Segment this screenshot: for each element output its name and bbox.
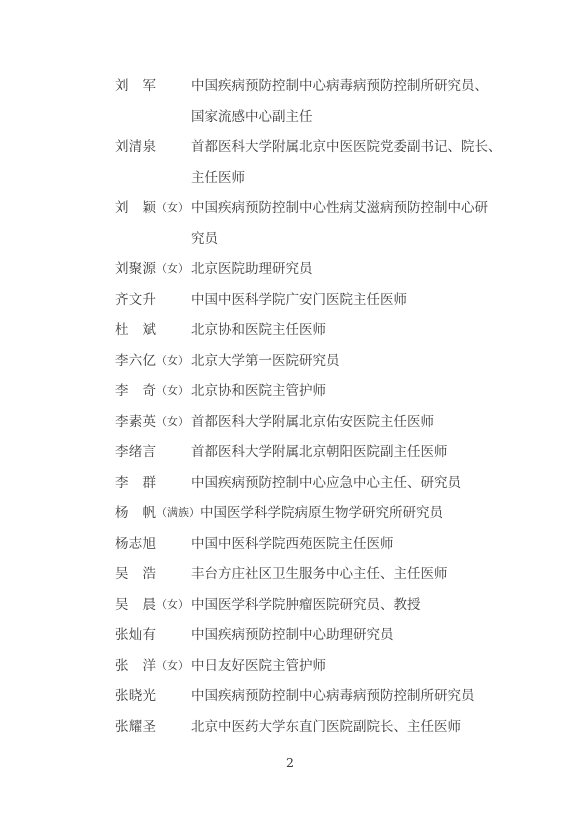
- position-line: 中国疾病预防控制中心应急中心主任、研究员: [191, 468, 580, 499]
- person-name: 李绪言: [115, 437, 156, 468]
- person-name: 刘颖: [115, 193, 156, 224]
- person-position: 中国疾病预防控制中心助理研究员: [191, 620, 580, 651]
- roster-entry: 吴浩 丰台方庄社区卫生服务中心主任、主任医师: [115, 559, 580, 590]
- person-name: 刘清泉: [115, 132, 156, 163]
- roster-entry: 刘颖 （女） 中国疾病预防控制中心性病艾滋病预防控制中心研究员: [115, 193, 580, 254]
- person-name: 杨帆: [115, 498, 156, 529]
- position-line: 中国中医科学院西苑医院主任医师: [191, 529, 580, 560]
- position-line: 首都医科大学附属北京朝阳医院副主任医师: [191, 437, 580, 468]
- person-position: 首都医科大学附属北京中医医院党委副书记、院长、主任医师: [191, 132, 580, 193]
- person-position: 北京中医药大学东直门医院副院长、主任医师: [191, 712, 580, 743]
- roster-entry: 齐文升 中国中医科学院广安门医院主任医师: [115, 285, 580, 316]
- person-note: （女）: [156, 376, 191, 407]
- person-note: （女）: [156, 407, 191, 438]
- roster-entry: 杜斌 北京协和医院主任医师: [115, 315, 580, 346]
- position-line: 究员: [191, 224, 580, 255]
- roster-entry: 刘军 中国疾病预防控制中心病毒病预防控制所研究员、国家流感中心副主任: [115, 71, 580, 132]
- person-position: 中国疾病预防控制中心性病艾滋病预防控制中心研究员: [191, 193, 580, 254]
- roster-entry: 刘清泉 首都医科大学附属北京中医医院党委副书记、院长、主任医师: [115, 132, 580, 193]
- person-note: （满族）: [156, 498, 200, 529]
- person-name: 吴晨: [115, 590, 156, 621]
- position-line: 首都医科大学附属北京中医医院党委副书记、院长、: [191, 132, 580, 163]
- person-name: 刘军: [115, 71, 156, 102]
- person-position: 北京大学第一医院研究员: [191, 346, 580, 377]
- person-position: 中国疾病预防控制中心应急中心主任、研究员: [191, 468, 580, 499]
- person-position: 中国中医科学院广安门医院主任医师: [191, 285, 580, 316]
- person-name: 李群: [115, 468, 156, 499]
- person-position: 中国疾病预防控制中心病毒病预防控制所研究员: [191, 681, 580, 712]
- position-line: 丰台方庄社区卫生服务中心主任、主任医师: [191, 559, 580, 590]
- roster-entry: 李群 中国疾病预防控制中心应急中心主任、研究员: [115, 468, 580, 499]
- person-position: 中日友好医院主管护师: [191, 651, 580, 682]
- position-line: 中国医学科学院肿瘤医院研究员、教授: [191, 590, 580, 621]
- person-name: 张晓光: [115, 681, 156, 712]
- position-line: 中日友好医院主管护师: [191, 651, 580, 682]
- person-position: 中国中医科学院西苑医院主任医师: [191, 529, 580, 560]
- position-line: 首都医科大学附属北京佑安医院主任医师: [191, 407, 580, 438]
- person-position: 中国医学科学院肿瘤医院研究员、教授: [191, 590, 580, 621]
- position-line: 中国疾病预防控制中心病毒病预防控制所研究员、: [191, 71, 580, 102]
- person-position: 北京协和医院主管护师: [191, 376, 580, 407]
- roster-entry: 张洋 （女） 中日友好医院主管护师: [115, 651, 580, 682]
- person-note: （女）: [156, 254, 191, 285]
- roster-entry: 张晓光 中国疾病预防控制中心病毒病预防控制所研究员: [115, 681, 580, 712]
- position-line: 主任医师: [191, 163, 580, 194]
- roster-entry: 张耀圣 北京中医药大学东直门医院副院长、主任医师: [115, 712, 580, 743]
- roster-entry: 张灿有 中国疾病预防控制中心助理研究员: [115, 620, 580, 651]
- person-name: 吴浩: [115, 559, 156, 590]
- position-line: 北京大学第一医院研究员: [191, 346, 580, 377]
- roster-entry: 李六亿 （女） 北京大学第一医院研究员: [115, 346, 580, 377]
- person-position: 中国疾病预防控制中心病毒病预防控制所研究员、国家流感中心副主任: [191, 71, 580, 132]
- roster-entry: 刘聚源 （女） 北京医院助理研究员: [115, 254, 580, 285]
- position-line: 国家流感中心副主任: [191, 102, 580, 133]
- person-position: 北京协和医院主任医师: [191, 315, 580, 346]
- person-name: 杜斌: [115, 315, 156, 346]
- position-line: 中国疾病预防控制中心助理研究员: [191, 620, 580, 651]
- roster-entry: 李奇 （女） 北京协和医院主管护师: [115, 376, 580, 407]
- person-name: 李奇: [115, 376, 156, 407]
- position-line: 北京中医药大学东直门医院副院长、主任医师: [191, 712, 580, 743]
- position-line: 中国疾病预防控制中心性病艾滋病预防控制中心研: [191, 193, 580, 224]
- document-page: 刘军 中国疾病预防控制中心病毒病预防控制所研究员、国家流感中心副主任 刘清泉 首…: [0, 0, 580, 820]
- position-line: 中国疾病预防控制中心病毒病预防控制所研究员: [191, 681, 580, 712]
- person-note: （女）: [156, 590, 191, 621]
- person-name: 齐文升: [115, 285, 156, 316]
- person-name: 刘聚源: [115, 254, 156, 285]
- person-name: 李六亿: [115, 346, 156, 377]
- person-position: 首都医科大学附属北京朝阳医院副主任医师: [191, 437, 580, 468]
- person-position: 北京医院助理研究员: [191, 254, 580, 285]
- personnel-roster: 刘军 中国疾病预防控制中心病毒病预防控制所研究员、国家流感中心副主任 刘清泉 首…: [115, 71, 580, 742]
- position-line: 中国医学科学院病原生物学研究所研究员: [200, 498, 580, 529]
- roster-entry: 吴晨 （女） 中国医学科学院肿瘤医院研究员、教授: [115, 590, 580, 621]
- person-name: 张洋: [115, 651, 156, 682]
- roster-entry: 杨志旭 中国中医科学院西苑医院主任医师: [115, 529, 580, 560]
- page-number: 2: [0, 755, 580, 771]
- person-position: 首都医科大学附属北京佑安医院主任医师: [191, 407, 580, 438]
- person-note: （女）: [156, 651, 191, 682]
- position-line: 北京医院助理研究员: [191, 254, 580, 285]
- person-position: 中国医学科学院病原生物学研究所研究员: [200, 498, 580, 529]
- person-name: 张灿有: [115, 620, 156, 651]
- person-name: 李素英: [115, 407, 156, 438]
- roster-entry: 杨帆 （满族） 中国医学科学院病原生物学研究所研究员: [115, 498, 580, 529]
- roster-entry: 李绪言 首都医科大学附属北京朝阳医院副主任医师: [115, 437, 580, 468]
- position-line: 中国中医科学院广安门医院主任医师: [191, 285, 580, 316]
- person-note: （女）: [156, 346, 191, 377]
- person-name: 杨志旭: [115, 529, 156, 560]
- roster-entry: 李素英 （女） 首都医科大学附属北京佑安医院主任医师: [115, 407, 580, 438]
- person-name: 张耀圣: [115, 712, 156, 743]
- person-note: （女）: [156, 193, 191, 224]
- person-position: 丰台方庄社区卫生服务中心主任、主任医师: [191, 559, 580, 590]
- position-line: 北京协和医院主管护师: [191, 376, 580, 407]
- position-line: 北京协和医院主任医师: [191, 315, 580, 346]
